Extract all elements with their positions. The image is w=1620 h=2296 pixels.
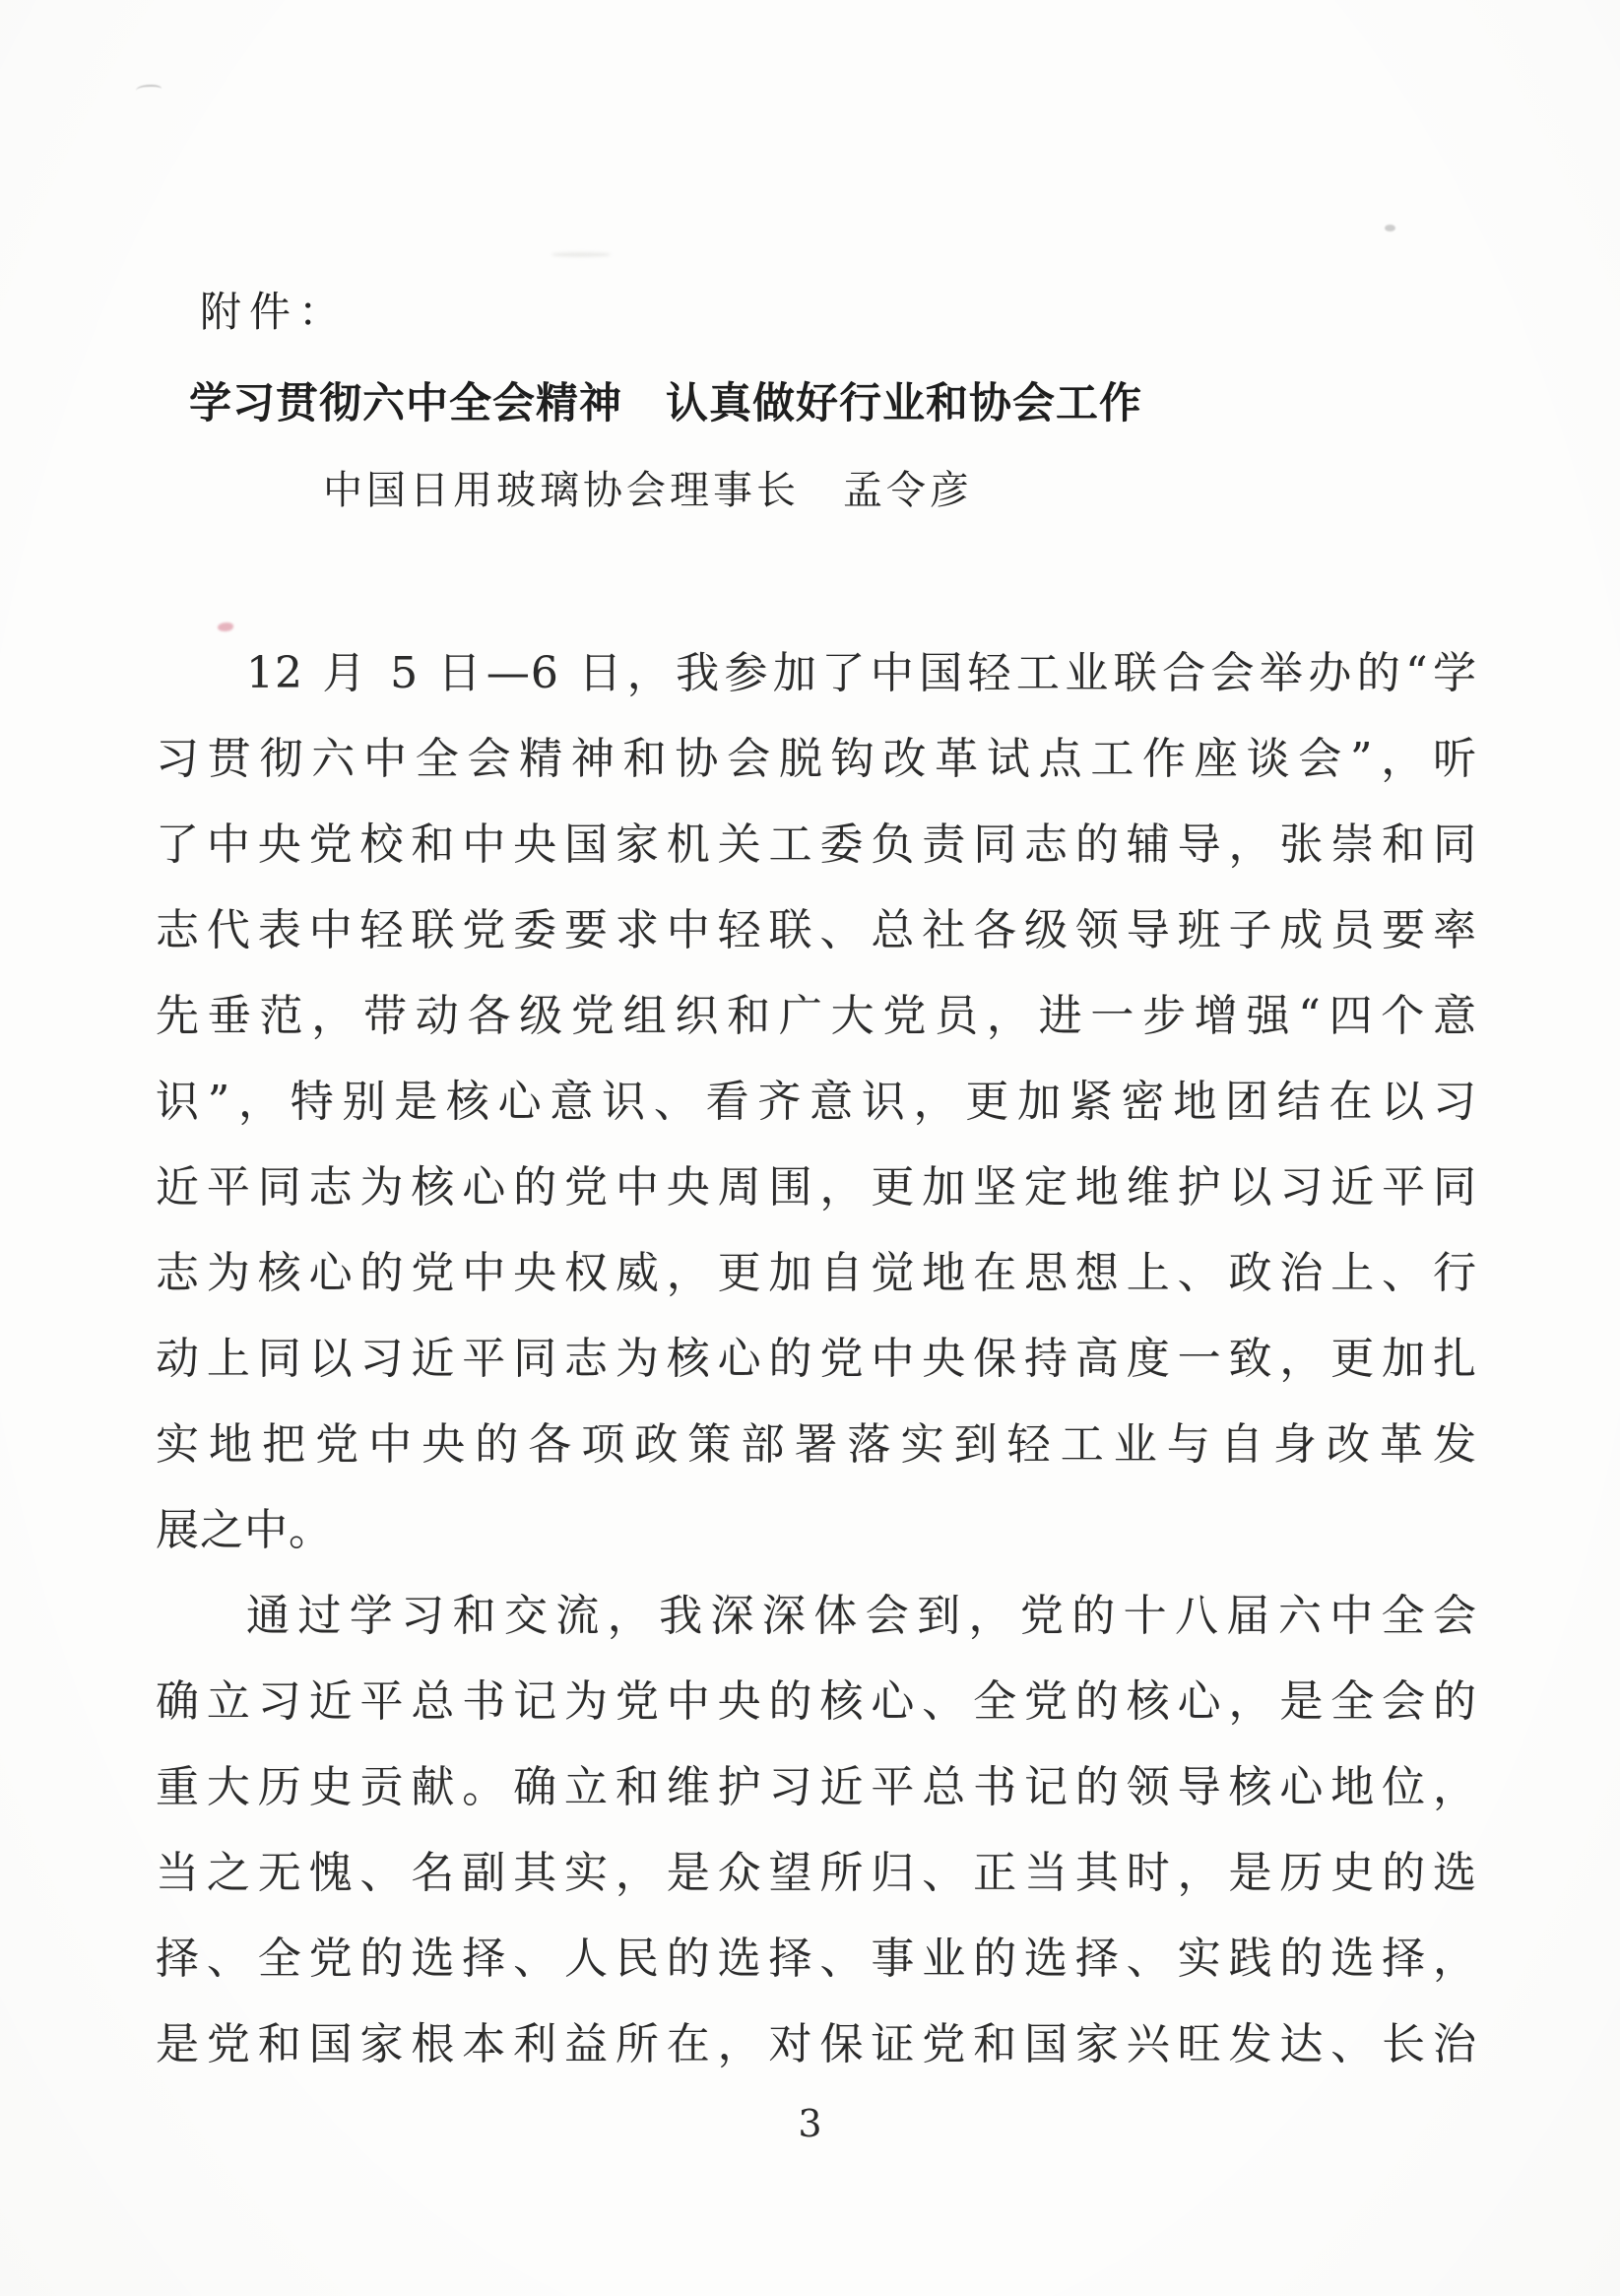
body-line: 展之中。	[156, 1487, 1477, 1573]
document-title: 学习贯彻六中全会精神 认真做好行业和协会工作	[189, 370, 1142, 430]
scan-artifact	[136, 85, 162, 96]
document-page: 附件： 学习贯彻六中全会精神 认真做好行业和协会工作 中国日用玻璃协会理事长 孟…	[0, 0, 1620, 2296]
body-line: 志为核心的党中央权威，更加自觉地在思想上、政治上、行	[156, 1230, 1477, 1316]
page-number: 3	[0, 2102, 1620, 2145]
body-line: 实地把党中央的各项政策部署落实到轻工业与自身改革发	[156, 1402, 1477, 1487]
body-line: 志代表中轻联党委要求中轻联、总社各级领导班子成员要率	[156, 887, 1477, 973]
body-line: 先垂范，带动各级党组织和广大党员，进一步增强“四个意	[156, 973, 1477, 1059]
body-line: 动上同以习近平同志为核心的党中央保持高度一致，更加扎	[156, 1316, 1477, 1402]
body-line: 近平同志为核心的党中央周围，更加坚定地维护以习近平同	[156, 1145, 1477, 1230]
document-author: 中国日用玻璃协会理事长 孟令彦	[323, 459, 973, 515]
body-line: 识”，特别是核心意识、看齐意识，更加紧密地团结在以习	[156, 1059, 1477, 1145]
body-line: 12 月 5 日—6 日，我参加了中国轻工业联合会举办的“学	[156, 630, 1477, 716]
body-line: 通过学习和交流，我深深体会到，党的十八届六中全会	[156, 1573, 1477, 1659]
body-line: 习贯彻六中全会精神和协会脱钩改革试点工作座谈会”，听	[156, 716, 1477, 802]
scan-artifact	[1385, 225, 1395, 231]
body-line: 了中央党校和中央国家机关工委负责同志的辅导，张崇和同	[156, 802, 1477, 887]
body-line: 择、全党的选择、人民的选择、事业的选择、实践的选择，	[156, 1916, 1477, 2001]
body-line: 当之无愧、名副其实，是众望所归、正当其时，是历史的选	[156, 1830, 1477, 1916]
attachment-label: 附件：	[200, 280, 348, 339]
body-line: 是党和国家根本利益所在，对保证党和国家兴旺发达、长治	[156, 2001, 1477, 2087]
scan-artifact	[551, 252, 611, 257]
body-line: 确立习近平总书记为党中央的核心、全党的核心，是全会的	[156, 1659, 1477, 1744]
body-line: 重大历史贡献。确立和维护习近平总书记的领导核心地位，	[156, 1744, 1477, 1830]
document-body: 12 月 5 日—6 日，我参加了中国轻工业联合会举办的“学习贯彻六中全会精神和…	[156, 630, 1477, 2087]
